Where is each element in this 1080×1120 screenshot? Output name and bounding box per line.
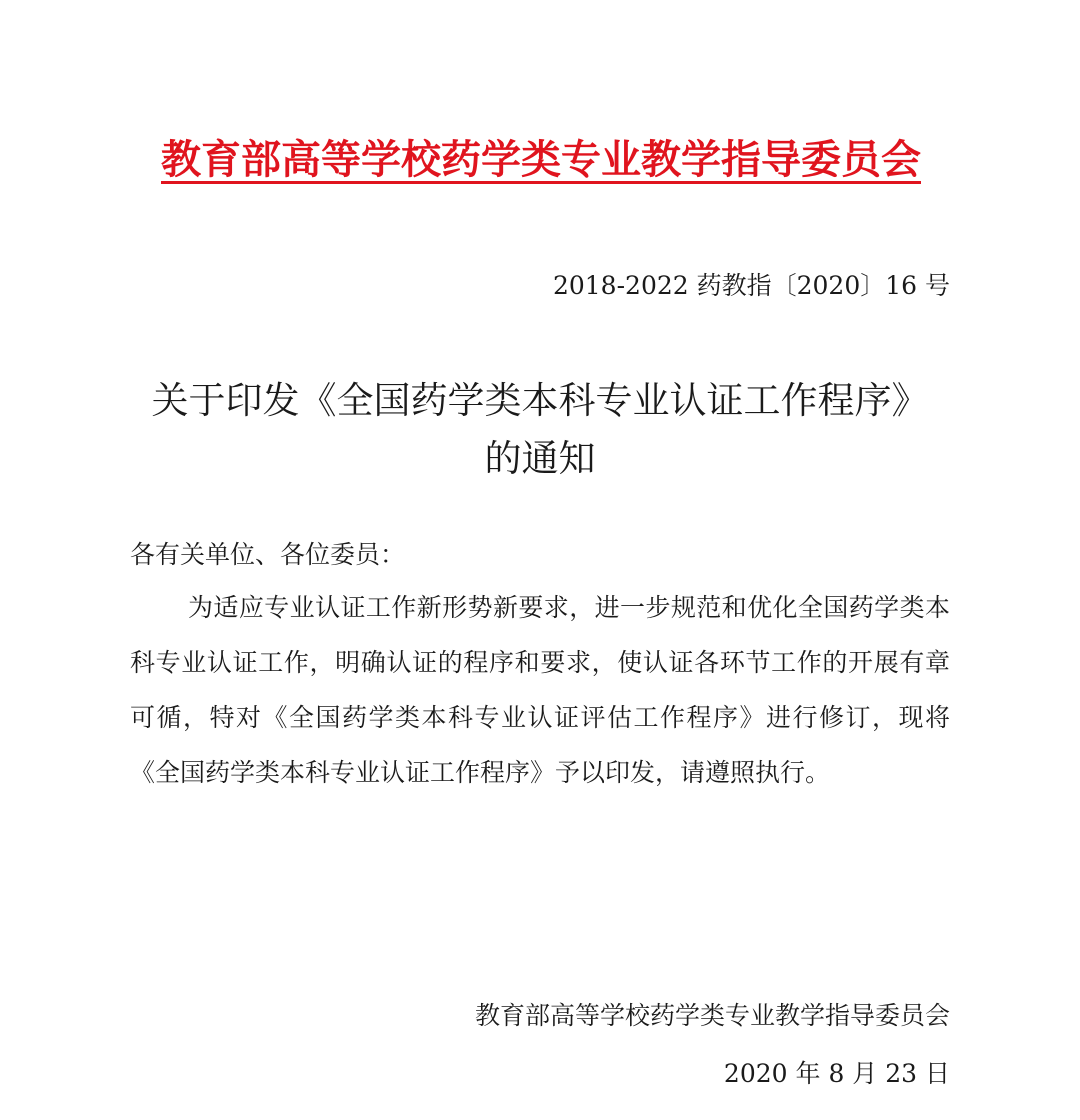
body-paragraph: 为适应专业认证工作新形势新要求，进一步规范和优化全国药学类本科专业认证工作，明确… [130, 580, 950, 800]
document-number: 2018-2022 药教指〔2020〕16 号 [553, 266, 950, 302]
signature-organization: 教育部高等学校药学类专业教学指导委员会 [475, 996, 950, 1032]
signature-date: 2020 年 8 月 23 日 [724, 1054, 950, 1090]
document-title-line-1: 关于印发《全国药学类本科专业认证工作程序》 [120, 372, 960, 430]
letterhead-title: 教育部高等学校药学类专业教学指导委员会 [160, 128, 922, 185]
document-title-line-2: 的通知 [120, 430, 960, 488]
document-title: 关于印发《全国药学类本科专业认证工作程序》 的通知 [120, 372, 960, 488]
salutation: 各有关单位、各位委员： [130, 535, 405, 571]
